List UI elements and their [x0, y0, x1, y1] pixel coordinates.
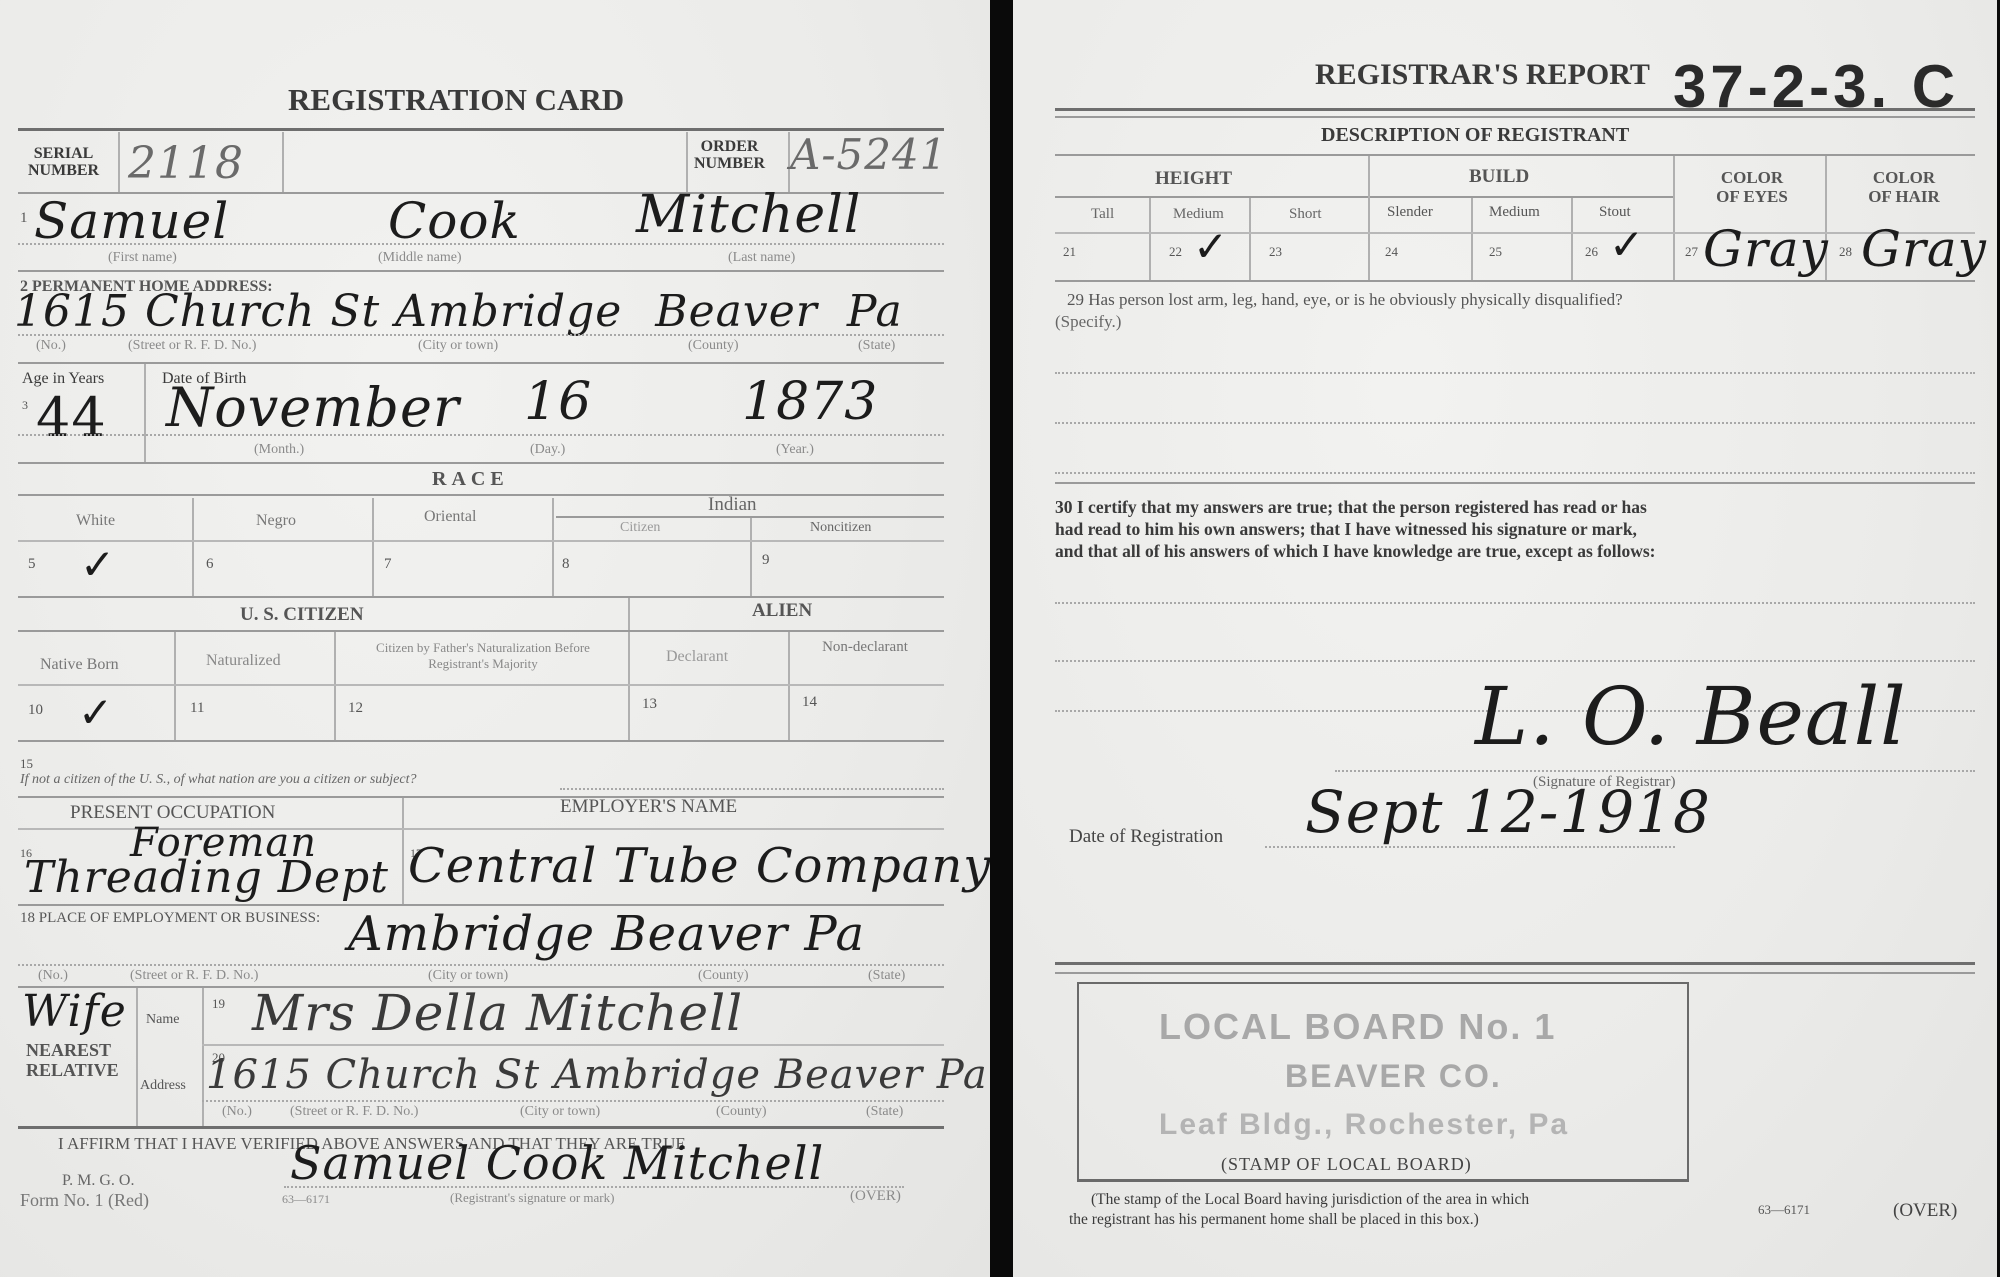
race-oriental-label: Oriental: [424, 508, 476, 526]
print-code: 63—6171: [1758, 1202, 1810, 1218]
citizen-by-father-checkbox[interactable]: [360, 692, 610, 732]
build-stout-label: Stout: [1599, 204, 1631, 221]
home-address-street: Church St: [145, 286, 380, 337]
race-title: RACE: [432, 468, 509, 491]
signature-line: [284, 1186, 904, 1188]
certify-line3: and that all of his answers of which I h…: [1055, 540, 1656, 562]
certify-line1: 30 I certify that my answers are true; t…: [1055, 496, 1656, 518]
field-number: 19: [212, 996, 225, 1012]
divider: [202, 1100, 944, 1102]
field-number: 1: [20, 210, 28, 227]
field-number: 3: [22, 398, 28, 413]
naturalized-checkbox[interactable]: [200, 692, 320, 732]
build-slender-checkbox[interactable]: [1393, 238, 1463, 276]
caption: (Day.): [530, 442, 565, 458]
field-number: 14: [802, 694, 817, 711]
divider: [1055, 196, 1368, 198]
home-address-county: Beaver: [655, 286, 818, 337]
middle-name-caption: (Middle name): [378, 250, 462, 266]
caption: (Street or R. F. D. No.): [290, 1104, 418, 1120]
caption: (County): [716, 1104, 767, 1120]
registration-card-front: REGISTRATION CARD SERIAL NUMBER 2118 ORD…: [0, 0, 990, 1277]
divider: [1055, 962, 1975, 965]
divider: [1055, 972, 1975, 974]
print-code: 63—6171: [282, 1192, 330, 1207]
race-negro-checkbox[interactable]: [220, 548, 340, 588]
divider: [18, 462, 944, 464]
certify-text: 30 I certify that my answers are true; t…: [1055, 496, 1656, 562]
over-label: (OVER): [1893, 1200, 1957, 1222]
height-short-checkbox[interactable]: [1283, 238, 1363, 276]
nearest-relative-label: NEAREST RELATIVE: [26, 1040, 119, 1080]
field-number: 15: [20, 756, 33, 772]
divider: [192, 498, 194, 596]
serial-label: SERIAL NUMBER: [28, 145, 99, 179]
specify-label: (Specify.): [1055, 312, 1121, 332]
divider: [18, 494, 944, 496]
native-born-checkbox[interactable]: ✓: [78, 688, 113, 737]
non-declarant-checkbox[interactable]: [820, 692, 940, 732]
divider: [1055, 116, 1975, 118]
build-slender-label: Slender: [1387, 204, 1433, 221]
pmgo-label: P. M. G. O.: [62, 1172, 134, 1190]
field-number: 10: [28, 702, 43, 719]
last-name-caption: (Last name): [728, 250, 795, 266]
divider: [118, 132, 120, 192]
relative-name-label: Name: [146, 1012, 179, 1028]
divider: [402, 798, 404, 904]
age-value: 44: [36, 386, 107, 449]
divider: [1055, 108, 1975, 111]
divider: [18, 334, 944, 336]
home-address-value: 1615 Church St Ambridge Beaver Pa: [14, 286, 903, 337]
disqualified-question: 29 Has person lost arm, leg, hand, eye, …: [1067, 290, 1623, 310]
non-declarant-label: Non-declarant: [810, 638, 920, 656]
divider: [18, 796, 944, 798]
divider: [788, 632, 790, 740]
field-number: 8: [562, 556, 570, 573]
height-short-label: Short: [1289, 206, 1322, 223]
race-indian-citizen-label: Citizen: [620, 520, 660, 536]
divider: [1249, 198, 1251, 280]
divider: [202, 988, 204, 1126]
employer-label: EMPLOYER'S NAME: [560, 796, 737, 818]
report-title: REGISTRAR'S REPORT: [1315, 58, 1650, 92]
stamp-note: (The stamp of the Local Board having jur…: [1069, 1190, 1529, 1230]
hair-title-line1: COLOR: [1849, 168, 1959, 187]
form-number: Form No. 1 (Red): [20, 1190, 149, 1211]
nearest-relative-label-line1: NEAREST: [26, 1040, 119, 1060]
field-number: 6: [206, 556, 214, 573]
nearest-relative-label-line2: RELATIVE: [26, 1060, 119, 1080]
relative-address-value: 1615 Church St Ambridge Beaver Pa: [206, 1052, 988, 1098]
field-number: 7: [384, 556, 392, 573]
first-name-value: Samuel: [34, 192, 229, 250]
field-number: 13: [642, 696, 657, 713]
field-number: 26: [1585, 244, 1598, 260]
divider: [18, 540, 944, 542]
divider: [136, 988, 138, 1126]
order-label-line2: NUMBER: [694, 155, 765, 172]
registration-date-label: Date of Registration: [1069, 826, 1223, 848]
stamp-line2: BEAVER CO.: [1285, 1058, 1502, 1095]
hair-title-line2: OF HAIR: [1849, 187, 1959, 206]
divider: [1370, 196, 1673, 198]
order-label: ORDER NUMBER: [694, 138, 765, 172]
build-title: BUILD: [1469, 166, 1529, 188]
occupation-line2-value: Threading Dept: [24, 852, 389, 903]
build-medium-label: Medium: [1489, 204, 1540, 221]
divider: [18, 630, 944, 632]
race-negro-label: Negro: [256, 512, 296, 530]
divider: [686, 132, 688, 192]
card-title: REGISTRATION CARD: [288, 82, 624, 118]
caption: (County): [688, 338, 739, 354]
registrant-signature: Samuel Cook Mitchell: [290, 1136, 824, 1190]
naturalized-label: Naturalized: [206, 652, 281, 670]
build-medium-checkbox[interactable]: [1499, 238, 1569, 276]
middle-name-value: Cook: [388, 192, 521, 250]
divider: [1673, 156, 1675, 280]
caption: (No.): [38, 968, 68, 984]
employer-value: Central Tube Company: [408, 838, 990, 894]
caption: (Year.): [776, 442, 814, 458]
home-address-no: 1615: [14, 286, 130, 337]
eyes-title: COLOR OF EYES: [1697, 168, 1807, 206]
divider: [334, 632, 336, 740]
eye-color-value: Gray: [1703, 220, 1829, 278]
divider: [18, 1126, 944, 1129]
divider: [1055, 154, 1975, 156]
race-indian-citizen-checkbox[interactable]: [580, 548, 730, 588]
caption: (No.): [222, 1104, 252, 1120]
caption: (State): [866, 1104, 903, 1120]
race-indian-noncitizen-label: Noncitizen: [810, 520, 871, 536]
serial-number-value: 2118: [128, 138, 244, 189]
registrar-signature-line: [1335, 770, 1975, 772]
local-board-stamp-box: LOCAL BOARD No. 1 BEAVER CO. Leaf Bldg.,…: [1077, 982, 1689, 1182]
caption: (State): [858, 338, 895, 354]
divider: [1055, 472, 1975, 474]
divider: [174, 632, 176, 740]
caption: (Month.): [254, 442, 304, 458]
caption: (No.): [36, 338, 66, 354]
employment-place-label: 18 PLACE OF EMPLOYMENT OR BUSINESS:: [20, 910, 320, 927]
home-address-city: Ambridge: [395, 286, 622, 337]
divider: [372, 498, 374, 596]
field-number: 28: [1839, 244, 1852, 260]
caption: (City or town): [428, 968, 508, 984]
hair-color-value: Gray: [1861, 220, 1987, 278]
first-name-caption: (First name): [108, 250, 177, 266]
field-number: 27: [1685, 244, 1698, 260]
divider: [18, 243, 944, 245]
registrars-report-back: REGISTRAR'S REPORT 37-2-3. C DESCRIPTION…: [1013, 0, 1997, 1277]
build-stout-checkbox[interactable]: ✓: [1609, 220, 1644, 269]
divider: [1571, 198, 1573, 280]
stamp-caption: (STAMP OF LOCAL BOARD): [1221, 1154, 1472, 1175]
native-born-label: Native Born: [40, 656, 119, 674]
hair-title: COLOR OF HAIR: [1849, 168, 1959, 206]
dob-day-value: 16: [524, 372, 592, 432]
divider: [282, 132, 284, 192]
citizen-by-father-label: Citizen by Father's Naturalization Befor…: [352, 640, 614, 672]
relative-address-label: Address: [140, 1078, 186, 1094]
race-indian-noncitizen-checkbox[interactable]: [780, 548, 930, 588]
divider: [18, 684, 944, 686]
divider: [750, 518, 752, 596]
declarant-checkbox[interactable]: [660, 692, 780, 732]
over-label: (OVER): [850, 1188, 901, 1205]
order-number-value: A-5241: [790, 130, 947, 179]
exceptions-line[interactable]: [1055, 660, 1975, 662]
divider: [18, 740, 944, 742]
caption: (City or town): [418, 338, 498, 354]
height-tall-checkbox[interactable]: [1073, 238, 1143, 276]
divider: [202, 1044, 944, 1046]
caption: (State): [868, 968, 905, 984]
home-address-state: Pa: [847, 286, 903, 337]
divider: [18, 270, 944, 272]
race-white-label: White: [76, 512, 115, 530]
registrar-signature: L. O. Beall: [1475, 670, 1907, 763]
relation-value: Wife: [22, 986, 127, 1037]
alien-title: ALIEN: [752, 600, 812, 622]
nation-question: If not a citizen of the U. S., of what n…: [20, 772, 417, 788]
description-title: DESCRIPTION OF REGISTRANT: [1321, 124, 1629, 147]
registration-date-value: Sept 12-1918: [1305, 778, 1711, 846]
divider: [1055, 280, 1975, 282]
caption: (City or town): [520, 1104, 600, 1120]
divider: [18, 964, 944, 966]
divider: [552, 498, 554, 596]
height-medium-label: Medium: [1173, 206, 1224, 223]
divider: [144, 364, 146, 462]
disqualified-answer-line[interactable]: [1055, 422, 1975, 424]
disqualified-answer-line[interactable]: [1055, 372, 1975, 374]
stamp-line3: Leaf Bldg., Rochester, Pa: [1159, 1108, 1569, 1142]
exceptions-line[interactable]: [1055, 602, 1975, 604]
caption: (Street or R. F. D. No.): [128, 338, 256, 354]
registration-date-line: [1265, 846, 1675, 848]
divider: [1149, 198, 1151, 280]
eyes-title-line1: COLOR: [1697, 168, 1807, 187]
divider: [18, 434, 944, 436]
divider: [18, 596, 944, 598]
signature-caption: (Registrant's signature or mark): [450, 1190, 614, 1206]
divider: [1368, 156, 1370, 280]
field-number: 5: [28, 556, 36, 573]
stamp-note-line2: the registrant has his permanent home sh…: [1069, 1210, 1529, 1230]
serial-label-line2: NUMBER: [28, 162, 99, 179]
divider: [628, 598, 630, 740]
field-number: 9: [762, 552, 770, 569]
field-number: 22: [1169, 244, 1182, 260]
indian-label: Indian: [708, 494, 757, 516]
certify-line2: had read to him his own answers; that I …: [1055, 518, 1656, 540]
race-oriental-checkbox[interactable]: [400, 548, 520, 588]
last-name-value: Mitchell: [636, 185, 861, 245]
height-tall-label: Tall: [1091, 206, 1114, 223]
stamp-line1: LOCAL BOARD No. 1: [1159, 1006, 1556, 1048]
nation-answer-line: [560, 788, 944, 790]
declarant-label: Declarant: [666, 648, 728, 666]
serial-label-line1: SERIAL: [28, 145, 99, 162]
relative-name-value: Mrs Della Mitchell: [252, 984, 743, 1042]
divider: [18, 362, 944, 364]
caption: (County): [698, 968, 749, 984]
caption: (Street or R. F. D. No.): [130, 968, 258, 984]
height-title: HEIGHT: [1155, 168, 1232, 190]
height-medium-checkbox[interactable]: ✓: [1193, 222, 1228, 271]
divider: [1471, 198, 1473, 280]
field-number: 23: [1269, 244, 1282, 260]
dob-month-value: November: [166, 376, 460, 439]
divider: [1055, 482, 1975, 484]
employment-place-value: Ambridge Beaver Pa: [348, 906, 865, 962]
dob-year-value: 1873: [742, 372, 878, 432]
order-label-line1: ORDER: [694, 138, 765, 155]
us-citizen-title: U. S. CITIZEN: [240, 604, 364, 626]
eyes-title-line2: OF EYES: [1697, 187, 1807, 206]
stamp-note-line1: (The stamp of the Local Board having jur…: [1069, 1190, 1529, 1210]
race-white-checkbox[interactable]: ✓: [80, 540, 115, 589]
